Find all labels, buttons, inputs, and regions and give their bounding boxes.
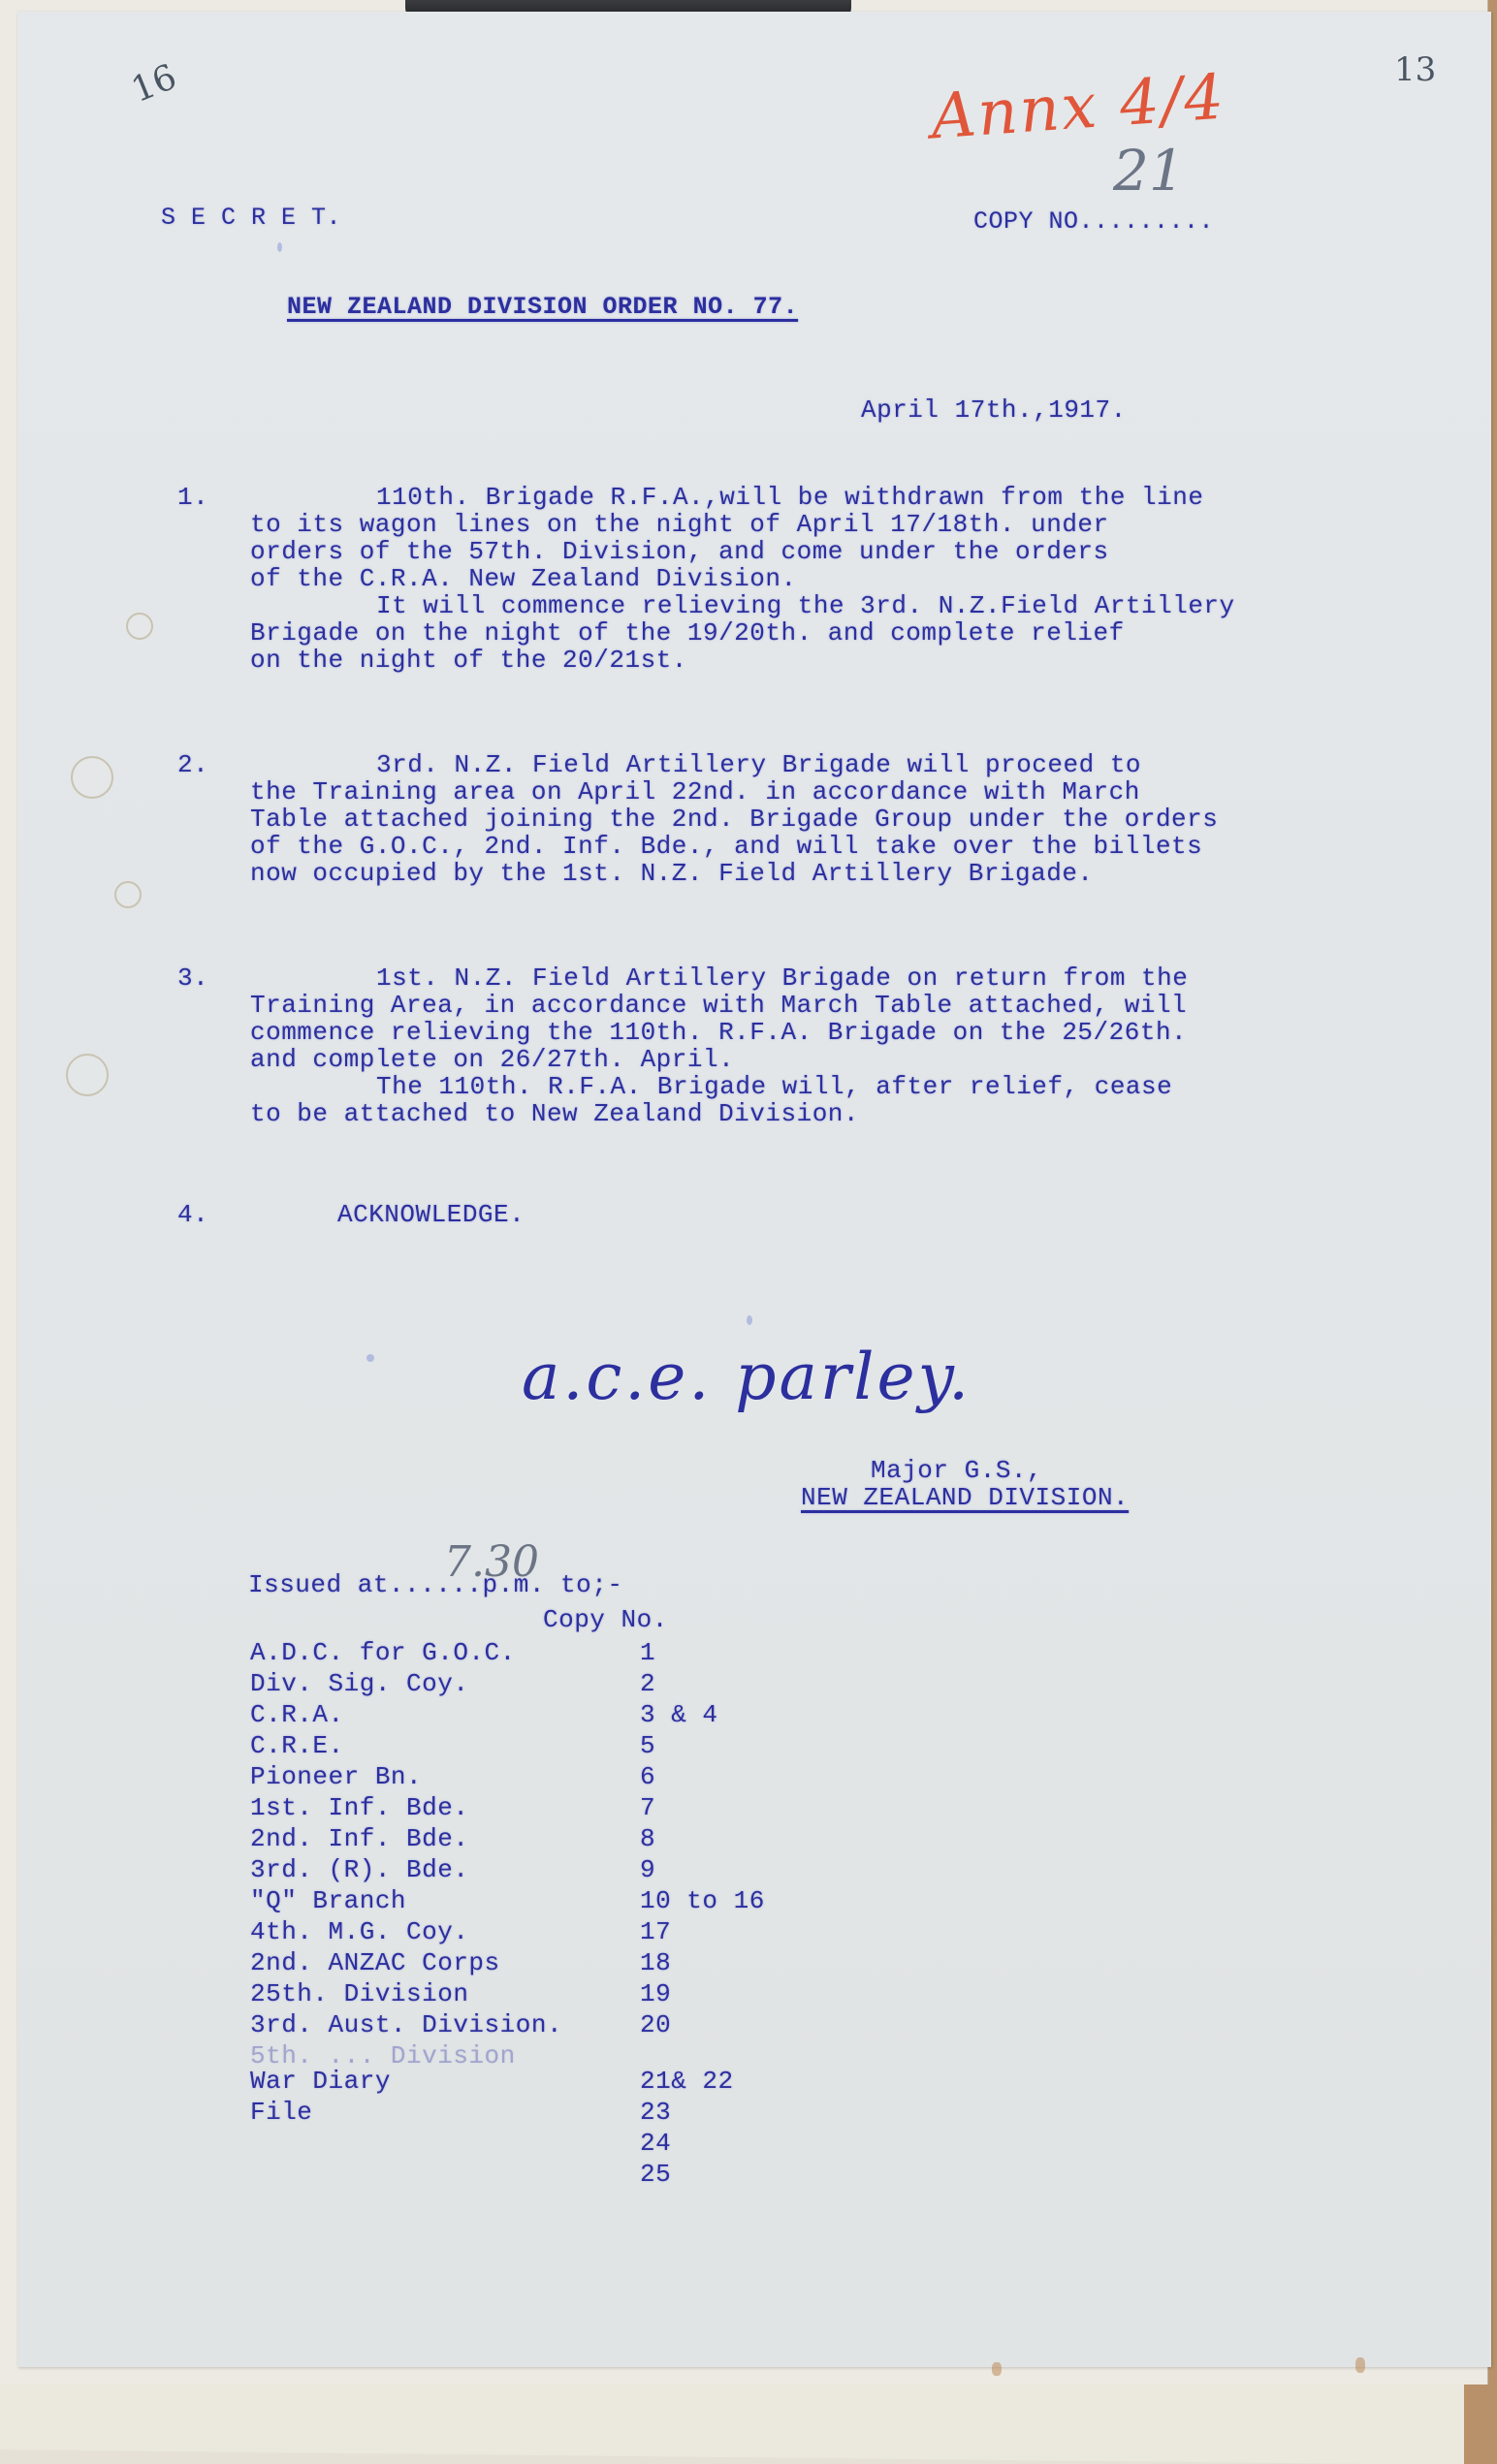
recipient: Pioneer Bn. [250,1762,422,1791]
paragraph-number: 4. [177,1200,208,1229]
classification-label: S E C R E T. [161,204,341,232]
punch-hole [71,756,113,799]
recipient: 25th. Division [250,1979,468,2008]
distribution-row: 3rd. Aust. Division. 20 [250,2010,832,2041]
recipient: Div. Sig. Coy. [250,1669,468,1698]
paragraph-line: and complete on 26/27th. April. [250,1045,734,1074]
copy-number: 19 [640,1979,671,2008]
distribution-row: 3rd. (R). Bde. 9 [250,1855,832,1886]
copy-number: 9 [640,1855,655,1884]
distribution-row: C.R.A. 3 & 4 [250,1700,832,1731]
recipient: File [250,2098,312,2127]
paragraph-line: orders of the 57th. Division, and come u… [250,537,1109,566]
copy-number: 20 [640,2010,671,2039]
distribution-row: War Diary 21& 22 [250,2067,832,2098]
folio-number-left: 16 [126,57,182,111]
distribution-row: 1st. Inf. Bde. 7 [250,1793,832,1824]
copy-number-header: Copy No. [543,1605,668,1634]
signatory-unit: NEW ZEALAND DIVISION. [801,1483,1129,1512]
copy-number: 25 [640,2160,671,2189]
distribution-row: C.R.E. 5 [250,1731,832,1762]
distribution-row: 25 [250,2160,832,2191]
distribution-row: Div. Sig. Coy. 2 [250,1669,832,1700]
distribution-row: 2nd. Inf. Bde. 8 [250,1824,832,1855]
recipient: 4th. M.G. Coy. [250,1917,468,1946]
distribution-row: 25th. Division 19 [250,1979,832,2010]
paragraph-line: now occupied by the 1st. N.Z. Field Arti… [250,859,1094,888]
folio-number-right: 13 [1394,50,1436,89]
distribution-row: 24 [250,2129,832,2160]
paragraph-number: 1. [177,483,208,512]
distribution-row: "Q" Branch 10 to 16 [250,1886,832,1917]
copy-number: 18 [640,1948,671,1977]
paragraph-line: the Training area on April 22nd. in acco… [250,777,1140,806]
paragraph-line: of the G.O.C., 2nd. Inf. Bde., and will … [250,832,1202,861]
copy-number: 2 [640,1669,655,1698]
handwritten-issue-time: 7.30 [444,1537,539,1587]
paragraph-line: to be attached to New Zealand Division. [250,1099,859,1128]
paragraph-line: The 110th. R.F.A. Brigade will, after re… [376,1072,1172,1101]
paragraph-line: of the C.R.A. New Zealand Division. [250,564,797,593]
signatory-rank: Major G.S., [871,1456,1042,1485]
recipient: War Diary [250,2067,391,2096]
paragraph-line: Brigade on the night of the 19/20th. and… [250,618,1125,648]
distribution-row: A.D.C. for G.O.C. 1 [250,1638,832,1669]
paragraph-number: 2. [177,750,208,779]
recipient: 1st. Inf. Bde. [250,1793,468,1822]
copy-number: 7 [640,1793,655,1822]
handwritten-copy-number: 21 [1113,138,1185,204]
ink-smudge [366,1354,374,1362]
copy-number: 3 & 4 [640,1700,718,1729]
copy-number: 17 [640,1917,671,1946]
document-page: 16 13 Annx 4/4 21 S E C R E T. COPY NO..… [17,12,1491,2367]
recipient: 2nd. ANZAC Corps [250,1948,500,1977]
issued-at-line: Issued at......p.m. to;- [248,1570,622,1599]
copy-number: 21& 22 [640,2067,734,2096]
recipient: 3rd. Aust. Division. [250,2010,562,2039]
punch-hole [66,1054,109,1096]
copy-number-label: COPY NO......... [973,207,1214,236]
copy-number: 10 to 16 [640,1886,765,1915]
rust-spot [992,2362,1002,2376]
distribution-row: 4th. M.G. Coy. 17 [250,1917,832,1948]
ink-smudge [277,242,282,252]
order-date: April 17th.,1917. [861,395,1127,425]
punch-hole [114,881,142,908]
recipient: A.D.C. for G.O.C. [250,1638,516,1667]
distribution-row: 2nd. ANZAC Corps 18 [250,1948,832,1979]
signature: a.c.e. parley. [522,1340,971,1414]
punch-hole [126,613,153,640]
distribution-row: File 23 [250,2098,832,2129]
recipient: C.R.A. [250,1700,344,1729]
recipient: "Q" Branch [250,1886,406,1915]
recipient: 2nd. Inf. Bde. [250,1824,468,1853]
distribution-row: Pioneer Bn. 6 [250,1762,832,1793]
paragraph-line: commence relieving the 110th. R.F.A. Bri… [250,1018,1187,1047]
copy-number: 24 [640,2129,671,2158]
paragraph-line: 3rd. N.Z. Field Artillery Brigade will p… [376,750,1141,779]
ink-smudge [747,1315,752,1325]
copy-number: 8 [640,1824,655,1853]
page-title: NEW ZEALAND DIVISION ORDER NO. 77. [287,293,798,321]
copy-number: 1 [640,1638,655,1667]
paragraph-number: 3. [177,963,208,993]
recipient: C.R.E. [250,1731,344,1760]
recipient: 3rd. (R). Bde. [250,1855,468,1884]
rust-spot [1355,2357,1365,2373]
paragraph-line: It will commence relieving the 3rd. N.Z.… [376,591,1235,620]
paragraph-line: Table attached joining the 2nd. Brigade … [250,805,1218,834]
paragraph-line: to its wagon lines on the night of April… [250,510,1109,539]
paragraph-line: 110th. Brigade R.F.A.,will be withdrawn … [376,483,1203,512]
copy-number: 6 [640,1762,655,1791]
paragraph-line: on the night of the 20/21st. [250,646,687,675]
paragraph-line: ACKNOWLEDGE. [337,1200,525,1229]
copy-number: 23 [640,2098,671,2127]
paragraph-line: Training Area, in accordance with March … [250,991,1187,1020]
copy-number: 5 [640,1731,655,1760]
paragraph-line: 1st. N.Z. Field Artillery Brigade on ret… [376,963,1188,993]
